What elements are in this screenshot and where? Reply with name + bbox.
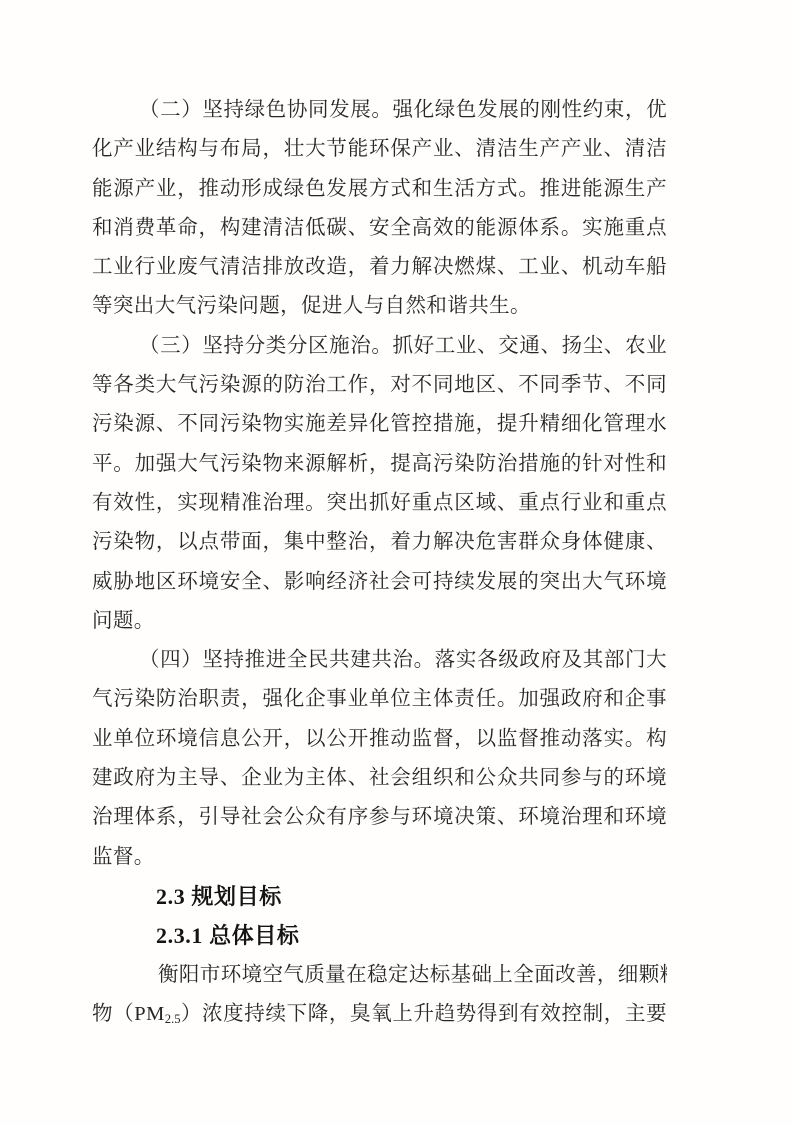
body-line: 和消费革命，构建清洁低碳、安全高效的能源体系。实施重点 [92, 209, 667, 248]
page-text-area: （二）坚持绿色协同发展。强化绿色发展的刚性约束，优 化产业结构与布局，壮大节能环… [92, 91, 667, 1034]
goal-line-tail: ）浓度持续下降，臭氧上升趋势得到有效控制，主要 [181, 1003, 667, 1025]
body-line: 等突出大气污染问题，促进人与自然和谐共生。 [92, 287, 667, 326]
body-line: 衡阳市环境空气质量在稳定达标基础上全面改善，细颗粒 [92, 956, 667, 995]
body-line: 工业行业废气清洁排放改造，着力解决燃煤、工业、机动车船 [92, 248, 667, 287]
body-line: 等各类大气污染源的防治工作，对不同地区、不同季节、不同 [92, 366, 667, 405]
body-line: 气污染防治职责，强化企事业单位主体责任。加强政府和企事 [92, 680, 667, 719]
paragraph-iv: （四）坚持推进全民共建共治。落实各级政府及其部门大 气污染防治职责，强化企事业单… [92, 641, 667, 877]
body-line: 能源产业，推动形成绿色发展方式和生活方式。推进能源生产 [92, 170, 667, 209]
pm25-subscript: 2.5 [165, 1012, 181, 1026]
body-line: （三）坚持分类分区施治。抓好工业、交通、扬尘、农业 [92, 327, 667, 366]
paragraph-iii: （三）坚持分类分区施治。抓好工业、交通、扬尘、农业 等各类大气污染源的防治工作，… [92, 327, 667, 641]
body-line: 威胁地区环境安全、影响经济社会可持续发展的突出大气环境 [92, 563, 667, 602]
section-heading-2-3: 2.3 规划目标 [92, 877, 667, 916]
body-line: 污染源、不同污染物实施差异化管控措施，提升精细化管理水 [92, 405, 667, 444]
document-page: （二）坚持绿色协同发展。强化绿色发展的刚性约束，优 化产业结构与布局，壮大节能环… [0, 0, 793, 1125]
body-line: 有效性，实现精准治理。突出抓好重点区域、重点行业和重点 [92, 484, 667, 523]
body-line: （二）坚持绿色协同发展。强化绿色发展的刚性约束，优 [92, 91, 667, 130]
body-line: （四）坚持推进全民共建共治。落实各级政府及其部门大 [92, 641, 667, 680]
body-line: 治理体系，引导社会公众有序参与环境决策、环境治理和环境 [92, 798, 667, 837]
body-line: 业单位环境信息公开，以公开推动监督，以监督推动落实。构 [92, 720, 667, 759]
body-line: 化产业结构与布局，壮大节能环保产业、清洁生产产业、清洁 [92, 130, 667, 169]
body-line: 建政府为主导、企业为主体、社会组织和公众共同参与的环境 [92, 759, 667, 798]
section-heading-2-3-1: 2.3.1 总体目标 [92, 916, 667, 955]
body-line: 监督。 [92, 838, 667, 877]
pm-text: 物（PM [92, 1003, 165, 1025]
body-line: 污染物，以点带面，集中整治，着力解决危害群众身体健康、 [92, 523, 667, 562]
paragraph-ii: （二）坚持绿色协同发展。强化绿色发展的刚性约束，优 化产业结构与布局，壮大节能环… [92, 91, 667, 327]
body-line: 问题。 [92, 602, 667, 641]
paragraph-overall-goal: 衡阳市环境空气质量在稳定达标基础上全面改善，细颗粒 物（PM2.5）浓度持续下降… [92, 956, 667, 1035]
body-line: 平。加强大气污染物来源解析，提高污染防治措施的针对性和 [92, 445, 667, 484]
body-line-with-subscript: 物（PM2.5）浓度持续下降，臭氧上升趋势得到有效控制，主要 [92, 995, 667, 1034]
